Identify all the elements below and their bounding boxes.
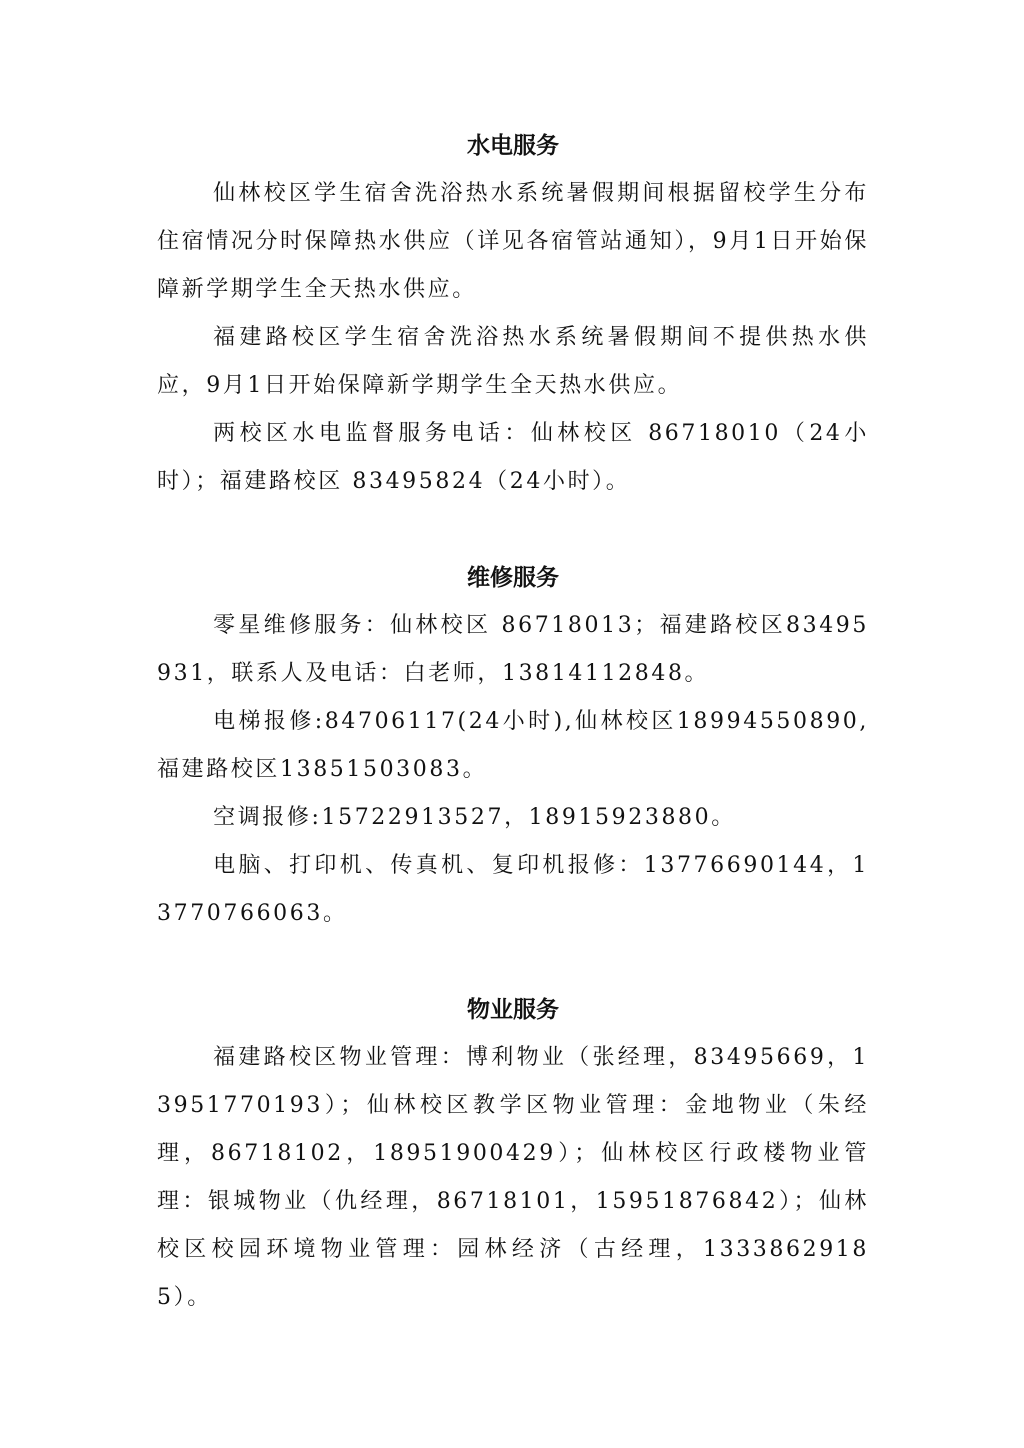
paragraph: 电脑、打印机、传真机、复印机报修：13776690144，13770766063… bbox=[157, 842, 869, 938]
paragraph: 仙林校区学生宿舍洗浴热水系统暑假期间根据留校学生分布住宿情况分时保障热水供应（详… bbox=[157, 170, 869, 314]
paragraph: 零星维修服务：仙林校区 86718013；福建路校区83495931，联系人及电… bbox=[157, 602, 869, 698]
section-title: 水电服务 bbox=[157, 122, 869, 170]
paragraph: 电梯报修:84706117(24小时),仙林校区18994550890,福建路校… bbox=[157, 698, 869, 794]
section-water-electricity: 水电服务 仙林校区学生宿舍洗浴热水系统暑假期间根据留校学生分布住宿情况分时保障热… bbox=[157, 122, 869, 506]
section-property: 物业服务 福建路校区物业管理：博利物业（张经理，83495669，1395177… bbox=[157, 986, 869, 1322]
section-title: 物业服务 bbox=[157, 986, 869, 1034]
paragraph: 两校区水电监督服务电话：仙林校区 86718010（24小时）；福建路校区 83… bbox=[157, 410, 869, 506]
section-title: 维修服务 bbox=[157, 554, 869, 602]
section-repair: 维修服务 零星维修服务：仙林校区 86718013；福建路校区83495931，… bbox=[157, 554, 869, 938]
document-page: 水电服务 仙林校区学生宿舍洗浴热水系统暑假期间根据留校学生分布住宿情况分时保障热… bbox=[157, 122, 869, 1322]
paragraph: 空调报修:15722913527，18915923880。 bbox=[157, 794, 869, 842]
paragraph: 福建路校区学生宿舍洗浴热水系统暑假期间不提供热水供应，9月1日开始保障新学期学生… bbox=[157, 314, 869, 410]
paragraph: 福建路校区物业管理：博利物业（张经理，83495669，13951770193）… bbox=[157, 1034, 869, 1322]
